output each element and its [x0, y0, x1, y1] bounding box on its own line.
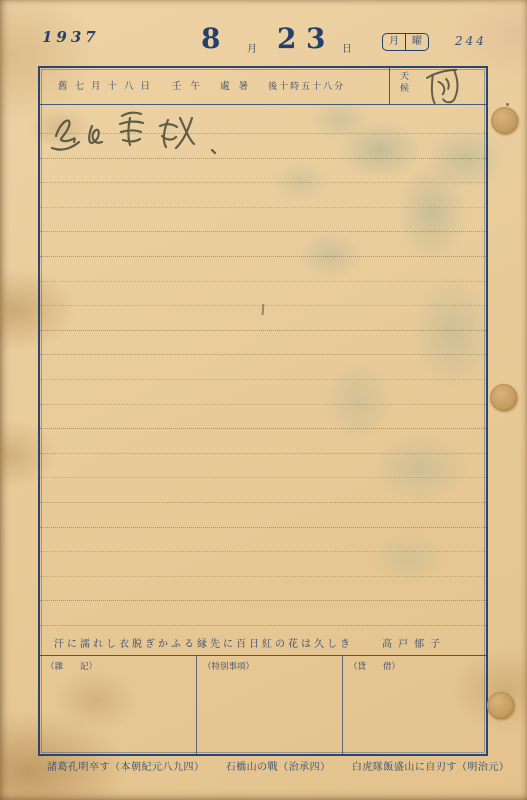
date-info-row: 舊七月十八日 壬午 處暑 後十時五十八分 天候	[40, 68, 486, 105]
month-number: 8	[201, 22, 220, 55]
special-items-box: （特別事項）	[196, 656, 342, 755]
day-unit-label: 日	[342, 40, 352, 55]
punch-hole-reinforcement-top	[491, 107, 518, 134]
handwritten-note	[46, 108, 236, 166]
historical-events-footer: 諸葛孔明卒す（本朝紀元八九四） 石橋山の戰（治承四） 白虎隊飯盛山に自刃す（明治…	[38, 758, 488, 773]
rule-line	[40, 404, 486, 405]
page-number: 244	[455, 34, 487, 48]
rule-line	[40, 182, 486, 183]
rule-line	[40, 379, 486, 380]
balance-box: （貸 借）	[342, 656, 486, 755]
rule-line	[40, 231, 486, 232]
lunar-date: 舊七月十八日	[58, 81, 157, 92]
month-unit-label: 月	[247, 40, 257, 55]
event-2: 石橋山の戰（治承四）	[226, 762, 331, 773]
notes-box: （雜 記）	[40, 656, 196, 755]
notes-box-label: （雜 記）	[46, 660, 97, 672]
event-3: 白虎隊飯盛山に自刃す（明治元）	[352, 762, 510, 773]
rule-line	[40, 477, 486, 478]
weekday-char-2: 曜	[405, 34, 428, 50]
rule-line	[40, 453, 486, 454]
punch-hole-reinforcement-bottom	[487, 692, 514, 719]
bottom-boxes: （雜 記） （特別事項） （貸 借）	[40, 655, 486, 755]
rule-line	[40, 281, 486, 282]
rule-line	[40, 207, 486, 208]
sexagenary-day: 壬午	[172, 81, 209, 92]
event-1: 諸葛孔明卒す（本朝紀元八九四）	[47, 762, 205, 773]
rule-line	[40, 354, 486, 355]
weather-handwriting-rain	[420, 64, 472, 110]
paper-speck	[506, 103, 509, 106]
poem-row: 汗に濡れし衣脱ぎかふる縁先に百日紅の花は久しき 高戸郁子	[40, 628, 486, 655]
diary-page: 1937 8 月 2 3 日 月 曜 244 舊七月十八日 壬午 處暑 後十時五…	[0, 0, 527, 800]
poem-author: 高戸郁子	[382, 639, 446, 650]
poem-text: 汗に濡れし衣脱ぎかふる縁先に百日紅の花は久しき	[54, 639, 353, 650]
stray-pencil-mark	[262, 304, 264, 315]
rule-line	[40, 256, 486, 257]
balance-box-label: （貸 借）	[349, 660, 400, 672]
special-items-box-label: （特別事項）	[203, 660, 254, 672]
solar-term: 處暑	[220, 81, 257, 92]
rule-line	[40, 576, 486, 577]
weather-cell: 天候	[389, 68, 486, 104]
weekday-badge: 月 曜	[382, 33, 429, 51]
rule-line	[40, 551, 486, 552]
solar-term-time: 後十時五十八分	[268, 82, 345, 92]
lunar-date-line: 舊七月十八日 壬午 處暑 後十時五十八分	[58, 68, 345, 106]
punch-hole-reinforcement-middle	[490, 384, 517, 411]
rule-line	[40, 527, 486, 528]
year-label: 1937	[42, 28, 100, 46]
diary-frame: 舊七月十八日 壬午 處暑 後十時五十八分 天候	[38, 66, 488, 756]
rule-line	[40, 502, 486, 503]
weekday-char-1: 月	[383, 34, 405, 50]
rule-line	[40, 428, 486, 429]
rule-line	[40, 625, 486, 626]
rule-line	[40, 600, 486, 601]
weather-label: 天候	[397, 71, 410, 95]
day-digit-2: 3	[306, 22, 325, 55]
rule-line	[40, 330, 486, 331]
day-digit-1: 2	[277, 22, 296, 55]
